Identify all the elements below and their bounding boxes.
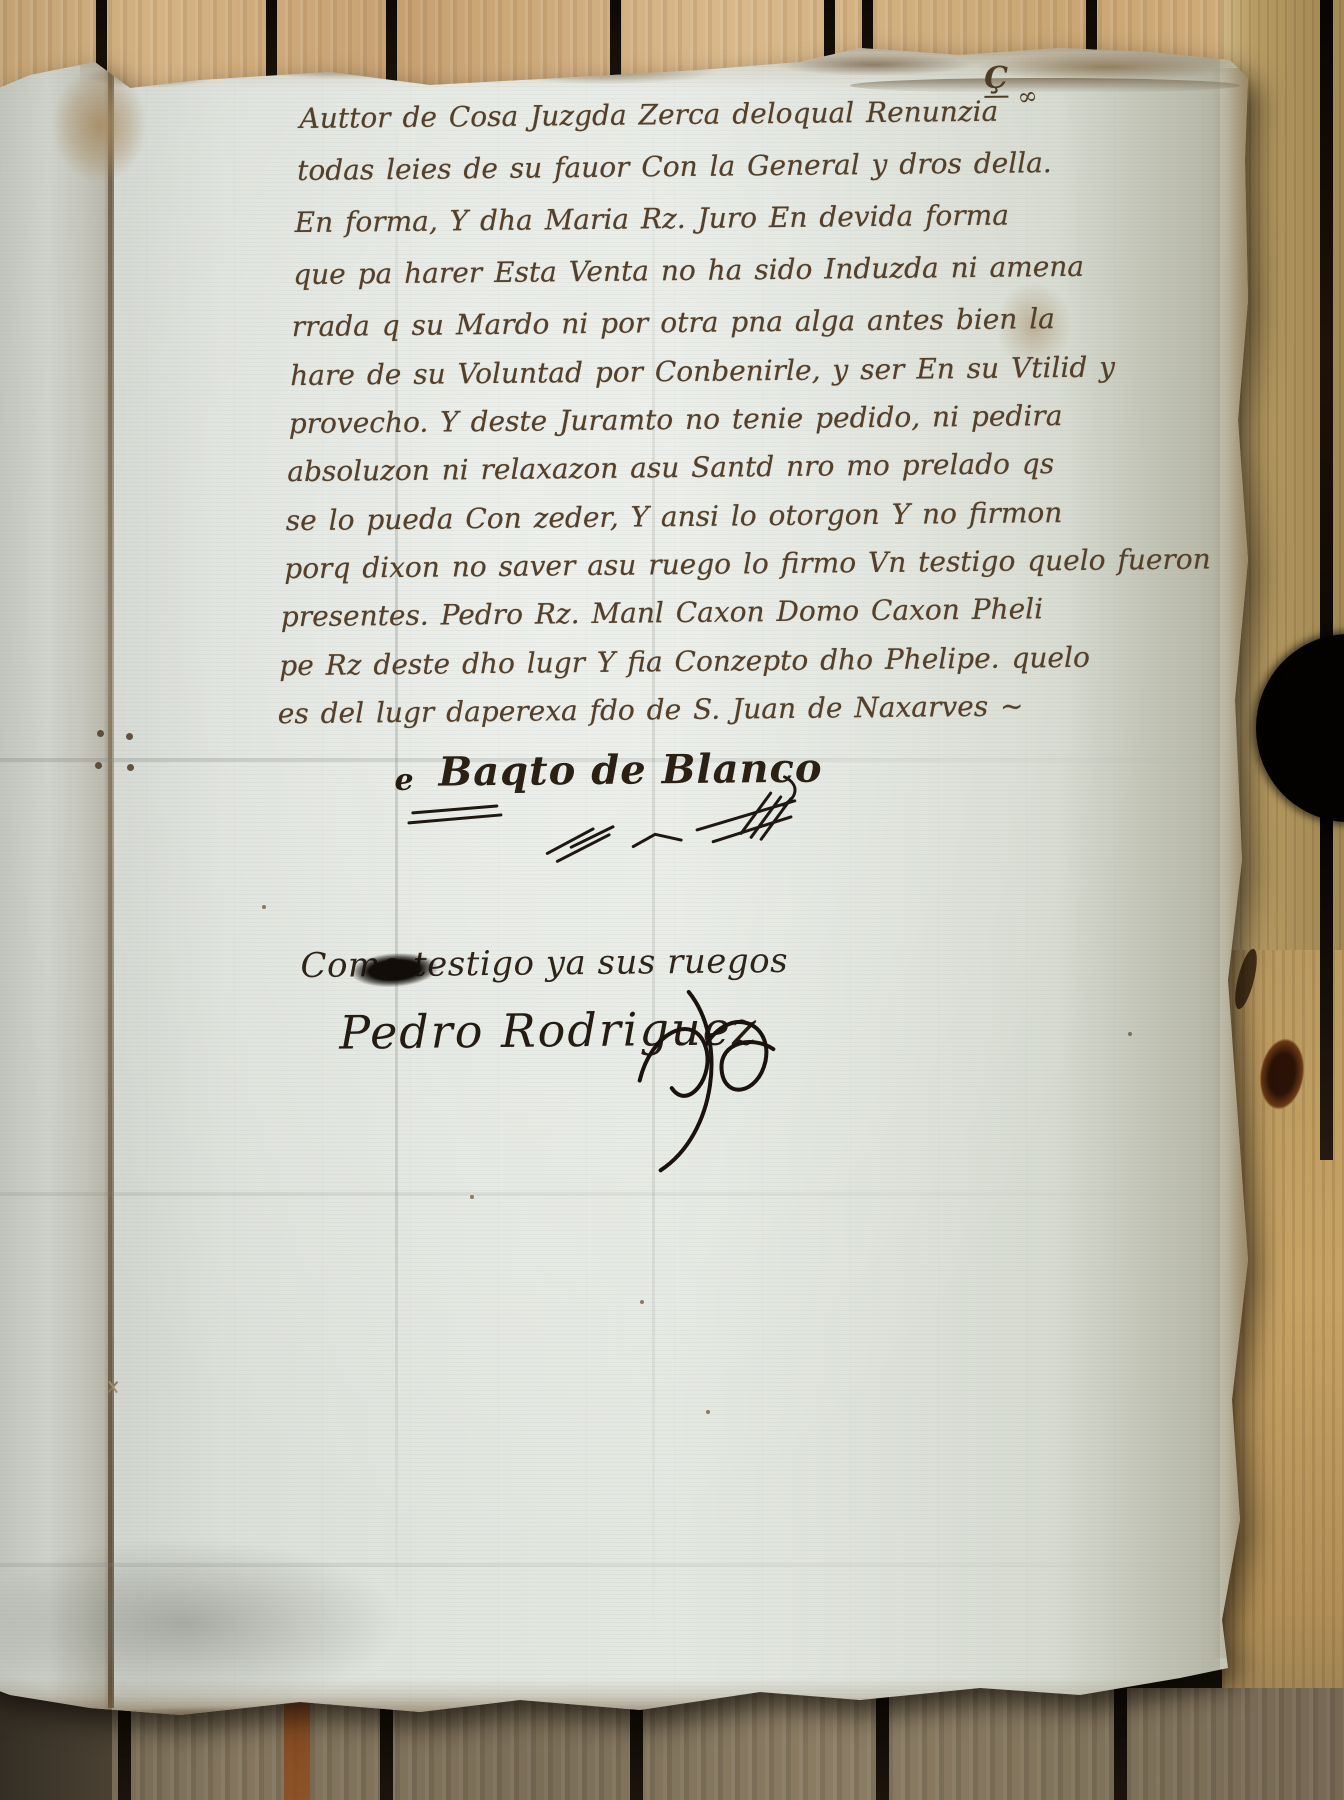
manuscript-page: Ç ∞ Auttor de Cosa Juzgda Zerca deloqual…: [0, 38, 1248, 1722]
manuscript-line: que pa harer Esta Venta no ha sido Induz…: [293, 250, 1084, 291]
manuscript-line: provecho. Y deste Juramto no tenie pedid…: [289, 399, 1063, 440]
paper-wrap: Ç ∞ Auttor de Cosa Juzgda Zerca deloqual…: [0, 38, 1248, 1722]
manuscript-line: se lo pueda Con zeder, Y ansi lo otorgon…: [286, 496, 1063, 537]
manuscript-line: absoluzon ni relaxazon asu Santd nro mo …: [287, 447, 1054, 488]
witness-rubric-flourish: [631, 983, 803, 1185]
handwritten-text-block: Ç ∞ Auttor de Cosa Juzgda Zerca deloqual…: [0, 28, 1264, 1725]
manuscript-line: En forma, Y dha Maria Rz. Juro En devida…: [295, 199, 1010, 239]
manuscript-line: rrada q su Mardo ni por otra pna alga an…: [292, 302, 1055, 343]
manuscript-line: presentes. Pedro Rz. Manl Caxon Domo Cax…: [281, 592, 1044, 633]
manuscript-line: es del lugr daperexa fdo de S. Juan de N…: [278, 689, 1024, 730]
quire-flourish-mark: ∞: [1015, 81, 1039, 112]
manuscript-line: Auttor de Cosa Juzgda Zerca deloqual Ren…: [299, 95, 998, 135]
quire-mark: Ç: [984, 61, 1008, 98]
manuscript-line: todas leies de su fauor Con la General y…: [297, 146, 1052, 187]
manuscript-line: porq dixon no saver asu ruego lo firmo V…: [284, 542, 1211, 585]
signature-rubric-flourish: [396, 733, 817, 877]
photo-of-manuscript-on-wood-table: Ç ∞ Auttor de Cosa Juzgda Zerca deloqual…: [0, 0, 1344, 1800]
manuscript-line: hare de su Voluntad por Conbenirle, y se…: [290, 350, 1115, 392]
manuscript-line: pe Rz deste dho lugr Y fia Conzepto dho …: [279, 641, 1090, 682]
plank-seam-right: [1320, 0, 1333, 1160]
